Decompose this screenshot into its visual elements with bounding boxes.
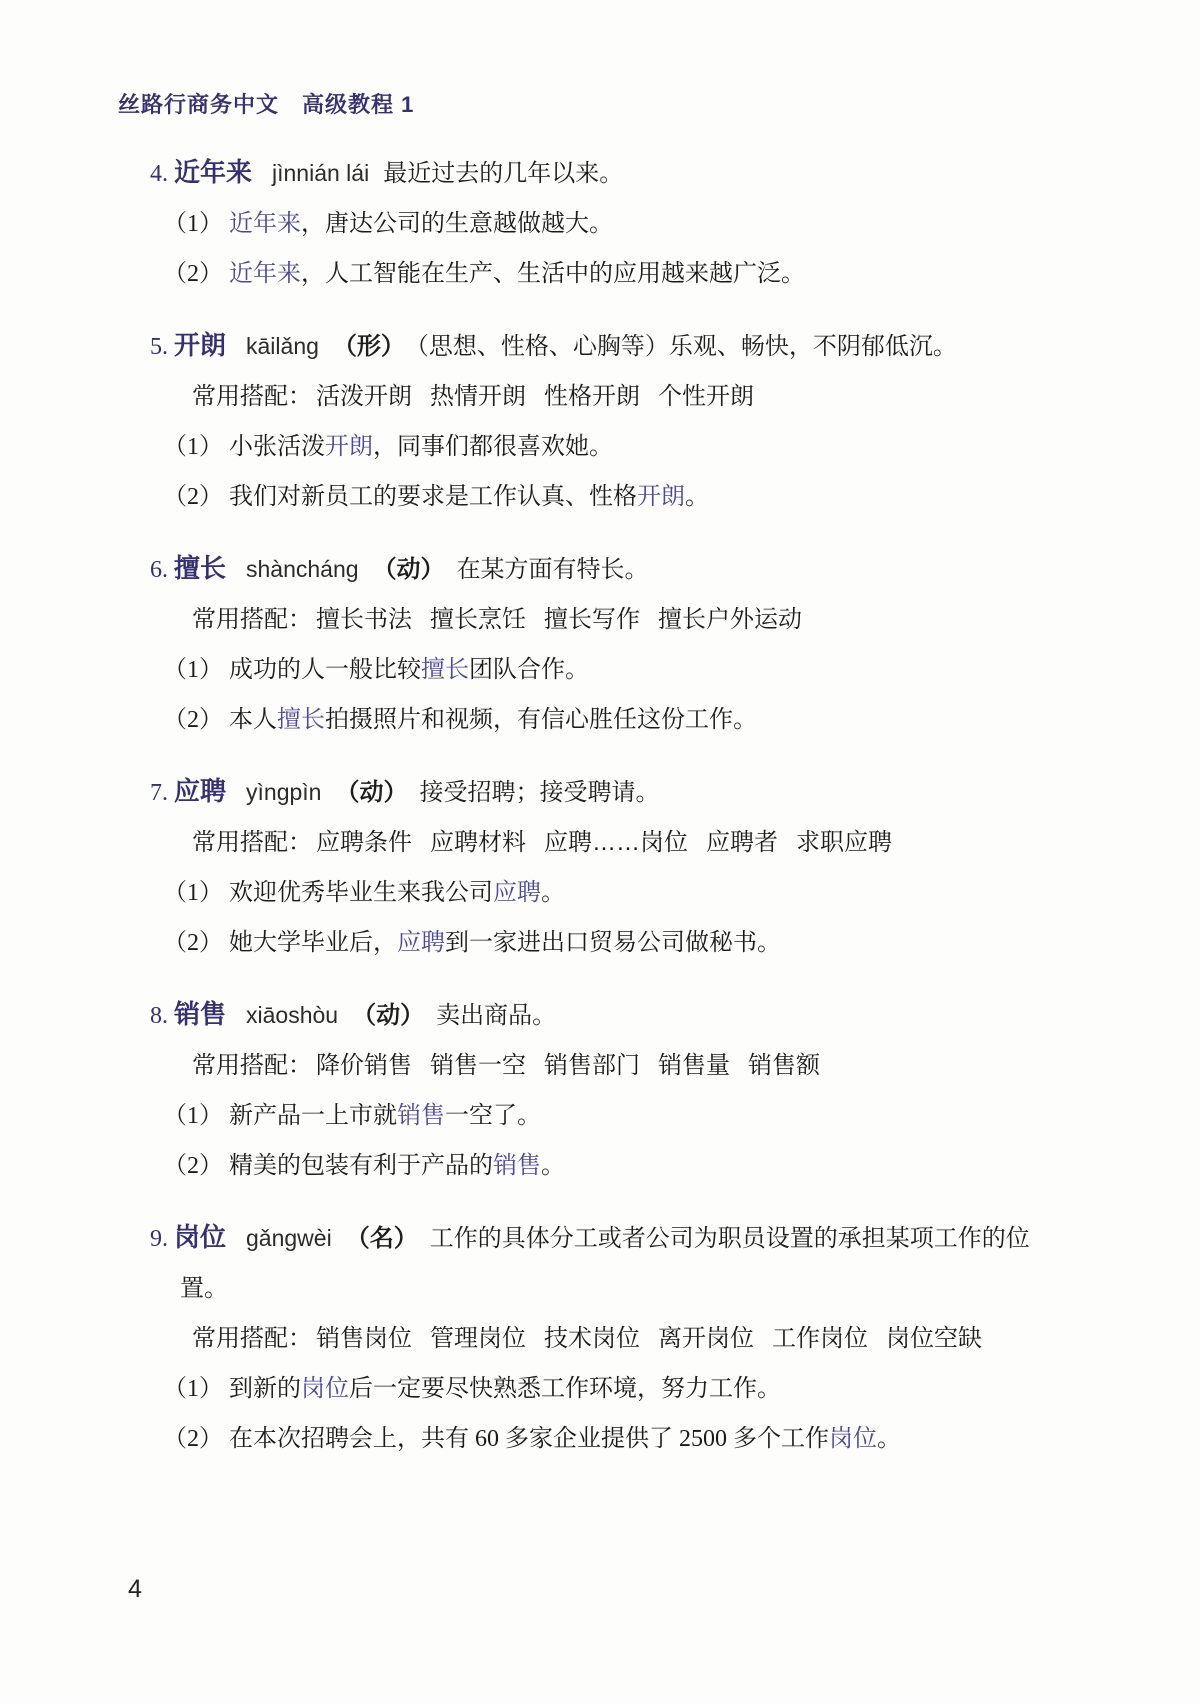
collocation-item: 应聘……岗位 [544, 829, 688, 856]
vocab-entry: 8.销售xiāoshòu（动）卖出商品。常用搭配：降价销售销售一空销售部门销售量… [150, 990, 1035, 1191]
collocation-item: 岗位空缺 [886, 1325, 982, 1352]
entry-definition: （思想、性格、心胸等）乐观、畅快，不阴郁低沉。 [417, 334, 957, 360]
example-highlight-word: 销售 [493, 1153, 541, 1179]
collocation-line: 常用搭配：降价销售销售一空销售部门销售量销售额 [192, 1041, 1035, 1091]
example-sentence: （1）到新的岗位后一定要尽快熟悉工作环境，努力工作。 [163, 1364, 1035, 1414]
example-highlight-word: 擅长 [277, 707, 325, 733]
example-sentence: （2）她大学毕业后，应聘到一家进出口贸易公司做秘书。 [163, 918, 1035, 968]
example-sentence: （2）本人擅长拍摄照片和视频，有信心胜任这份工作。 [163, 695, 1035, 745]
entry-number: 6. [150, 557, 168, 583]
example-label: （2） [163, 1426, 223, 1452]
collocation-item: 工作岗位 [772, 1325, 868, 1352]
example-sentence: （2）在本次招聘会上，共有 60 多家企业提供了 2500 多个工作岗位。 [163, 1414, 1035, 1464]
entry-number: 4. [150, 161, 168, 187]
collocation-label: 常用搭配： [192, 383, 312, 410]
example-highlight-word: 近年来 [229, 261, 301, 287]
vocab-entry: 4.近年来jìnnián lái最近过去的几年以来。（1）近年来，唐达公司的生意… [150, 148, 1035, 299]
collocation-item: 销售岗位 [316, 1325, 412, 1352]
collocation-item: 求职应聘 [796, 829, 892, 856]
entry-heading: 6.擅长shàncháng（动）在某方面有特长。 [150, 544, 1035, 595]
example-highlight-word: 开朗 [325, 434, 373, 460]
collocation-line: 常用搭配：销售岗位管理岗位技术岗位离开岗位工作岗位岗位空缺 [192, 1314, 1035, 1364]
example-text: 。 [685, 484, 709, 510]
collocation-item: 应聘条件 [316, 829, 412, 856]
example-text: 本人 [229, 707, 277, 733]
example-text: 她大学毕业后， [229, 930, 397, 956]
example-sentence: （1）欢迎优秀毕业生来我公司应聘。 [163, 868, 1035, 918]
collocation-item: 擅长户外运动 [658, 606, 802, 633]
example-text: 。 [541, 880, 565, 906]
collocation-line: 常用搭配：应聘条件应聘材料应聘……岗位应聘者求职应聘 [192, 818, 1035, 868]
example-label: （2） [163, 1153, 223, 1179]
entry-number: 8. [150, 1003, 168, 1029]
page-number: 4 [128, 1575, 142, 1604]
example-label: （1） [163, 880, 223, 906]
vocab-entry: 6.擅长shàncháng（动）在某方面有特长。常用搭配：擅长书法擅长烹饪擅长写… [150, 544, 1035, 745]
entry-definition: 接受招聘；接受聘请。 [419, 780, 659, 806]
entry-headword: 岗位 [174, 1223, 226, 1252]
collocation-item: 降价销售 [316, 1052, 412, 1079]
collocation-line: 常用搭配：擅长书法擅长烹饪擅长写作擅长户外运动 [192, 595, 1035, 645]
entry-headword: 擅长 [174, 554, 226, 583]
example-text: 拍摄照片和视频，有信心胜任这份工作。 [325, 707, 757, 733]
example-label: （1） [163, 1376, 223, 1402]
entry-definition: 在某方面有特长。 [457, 557, 649, 583]
example-sentence: （2）近年来，人工智能在生产、生活中的应用越来越广泛。 [163, 249, 1035, 299]
entry-pinyin: gǎngwèi [246, 1225, 332, 1251]
entry-heading: 5.开朗kāilǎng（形）（思想、性格、心胸等）乐观、畅快，不阴郁低沉。 [150, 321, 1035, 372]
collocation-item: 个性开朗 [658, 383, 754, 410]
entry-headword: 近年来 [174, 158, 252, 187]
collocation-item: 擅长写作 [544, 606, 640, 633]
entry-pinyin: jìnnián lái [272, 160, 369, 186]
example-text: 成功的人一般比较 [229, 657, 421, 683]
collocation-item: 擅长书法 [316, 606, 412, 633]
example-sentence: （1）成功的人一般比较擅长团队合作。 [163, 645, 1035, 695]
entry-headword: 应聘 [174, 777, 226, 806]
entry-pos: （动） [373, 557, 445, 583]
example-highlight-word: 应聘 [397, 930, 445, 956]
collocation-label: 常用搭配： [192, 1325, 312, 1352]
example-text: 。 [541, 1153, 565, 1179]
example-text: 后一定要尽快熟悉工作环境，努力工作。 [349, 1376, 781, 1402]
collocation-item: 管理岗位 [430, 1325, 526, 1352]
example-highlight-word: 岗位 [301, 1376, 349, 1402]
example-text: 。 [877, 1426, 901, 1452]
collocation-item: 销售一空 [430, 1052, 526, 1079]
example-text: 我们对新员工的要求是工作认真、性格 [229, 484, 637, 510]
entry-heading: 9.岗位gǎngwèi（名）工作的具体分工或者公司为职员设置的承担某项工作的位置… [150, 1213, 1035, 1314]
example-highlight-word: 擅长 [421, 657, 469, 683]
entry-definition: 卖出商品。 [436, 1003, 556, 1029]
example-label: （1） [163, 657, 223, 683]
collocation-item: 擅长烹饪 [430, 606, 526, 633]
example-label: （2） [163, 261, 223, 287]
collocation-item: 热情开朗 [430, 383, 526, 410]
example-highlight-word: 开朗 [637, 484, 685, 510]
entry-pos: （形） [333, 334, 405, 360]
vocab-entry: 5.开朗kāilǎng（形）（思想、性格、心胸等）乐观、畅快，不阴郁低沉。常用搭… [150, 321, 1035, 522]
entry-heading: 7.应聘yìngpìn（动）接受招聘；接受聘请。 [150, 767, 1035, 818]
example-label: （2） [163, 707, 223, 733]
example-label: （2） [163, 930, 223, 956]
entry-pinyin: shàncháng [246, 556, 359, 582]
example-label: （1） [163, 211, 223, 237]
collocation-item: 技术岗位 [544, 1325, 640, 1352]
example-sentence: （2）精美的包装有利于产品的销售。 [163, 1141, 1035, 1191]
example-label: （1） [163, 1103, 223, 1129]
example-highlight-word: 应聘 [493, 880, 541, 906]
example-text: 到一家进出口贸易公司做秘书。 [445, 930, 781, 956]
example-sentence: （1）近年来，唐达公司的生意越做越大。 [163, 199, 1035, 249]
example-sentence: （2）我们对新员工的要求是工作认真、性格开朗。 [163, 472, 1035, 522]
entry-pinyin: xiāoshòu [246, 1002, 338, 1028]
entry-definition: 最近过去的几年以来。 [383, 161, 623, 187]
example-highlight-word: 销售 [397, 1103, 445, 1129]
textbook-page: 丝路行商务中文 高级教程 1 4.近年来jìnnián lái最近过去的几年以来… [0, 0, 1200, 1703]
entry-pinyin: yìngpìn [246, 779, 321, 805]
example-text: 在本次招聘会上，共有 60 多家企业提供了 2500 多个工作 [229, 1426, 829, 1452]
collocation-item: 销售额 [748, 1052, 820, 1079]
entry-heading: 4.近年来jìnnián lái最近过去的几年以来。 [150, 148, 1035, 199]
collocation-item: 销售量 [658, 1052, 730, 1079]
entry-pinyin: kāilǎng [246, 333, 319, 359]
entry-number: 9. [150, 1226, 168, 1252]
example-sentence: （1）新产品一上市就销售一空了。 [163, 1091, 1035, 1141]
vocab-entry: 7.应聘yìngpìn（动）接受招聘；接受聘请。常用搭配：应聘条件应聘材料应聘…… [150, 767, 1035, 968]
entry-heading: 8.销售xiāoshòu（动）卖出商品。 [150, 990, 1035, 1041]
vocab-list: 4.近年来jìnnián lái最近过去的几年以来。（1）近年来，唐达公司的生意… [150, 148, 1035, 1464]
entry-pos: （动） [352, 1003, 424, 1029]
book-header-title: 丝路行商务中文 高级教程 1 [118, 88, 414, 119]
entry-headword: 开朗 [174, 331, 226, 360]
example-label: （2） [163, 484, 223, 510]
collocation-item: 应聘材料 [430, 829, 526, 856]
entry-headword: 销售 [174, 1000, 226, 1029]
collocation-label: 常用搭配： [192, 1052, 312, 1079]
example-text: 一空了。 [445, 1103, 541, 1129]
example-text: ，唐达公司的生意越做越大。 [301, 211, 613, 237]
entry-pos: （动） [335, 780, 407, 806]
entry-number: 5. [150, 334, 168, 360]
collocation-item: 活泼开朗 [316, 383, 412, 410]
example-text: 新产品一上市就 [229, 1103, 397, 1129]
collocation-item: 销售部门 [544, 1052, 640, 1079]
example-text: ，同事们都很喜欢她。 [373, 434, 613, 460]
example-text: 精美的包装有利于产品的 [229, 1153, 493, 1179]
collocation-item: 性格开朗 [544, 383, 640, 410]
example-text: 小张活泼 [229, 434, 325, 460]
example-text: 到新的 [229, 1376, 301, 1402]
collocation-item: 应聘者 [706, 829, 778, 856]
example-text: 团队合作。 [469, 657, 589, 683]
entry-number: 7. [150, 780, 168, 806]
vocab-entry: 9.岗位gǎngwèi（名）工作的具体分工或者公司为职员设置的承担某项工作的位置… [150, 1213, 1035, 1464]
collocation-label: 常用搭配： [192, 829, 312, 856]
example-label: （1） [163, 434, 223, 460]
example-highlight-word: 近年来 [229, 211, 301, 237]
example-text: 欢迎优秀毕业生来我公司 [229, 880, 493, 906]
entry-pos: （名） [346, 1226, 418, 1252]
example-highlight-word: 岗位 [829, 1426, 877, 1452]
collocation-label: 常用搭配： [192, 606, 312, 633]
example-sentence: （1）小张活泼开朗，同事们都很喜欢她。 [163, 422, 1035, 472]
example-text: ，人工智能在生产、生活中的应用越来越广泛。 [301, 261, 805, 287]
collocation-line: 常用搭配：活泼开朗热情开朗性格开朗个性开朗 [192, 372, 1035, 422]
collocation-item: 离开岗位 [658, 1325, 754, 1352]
